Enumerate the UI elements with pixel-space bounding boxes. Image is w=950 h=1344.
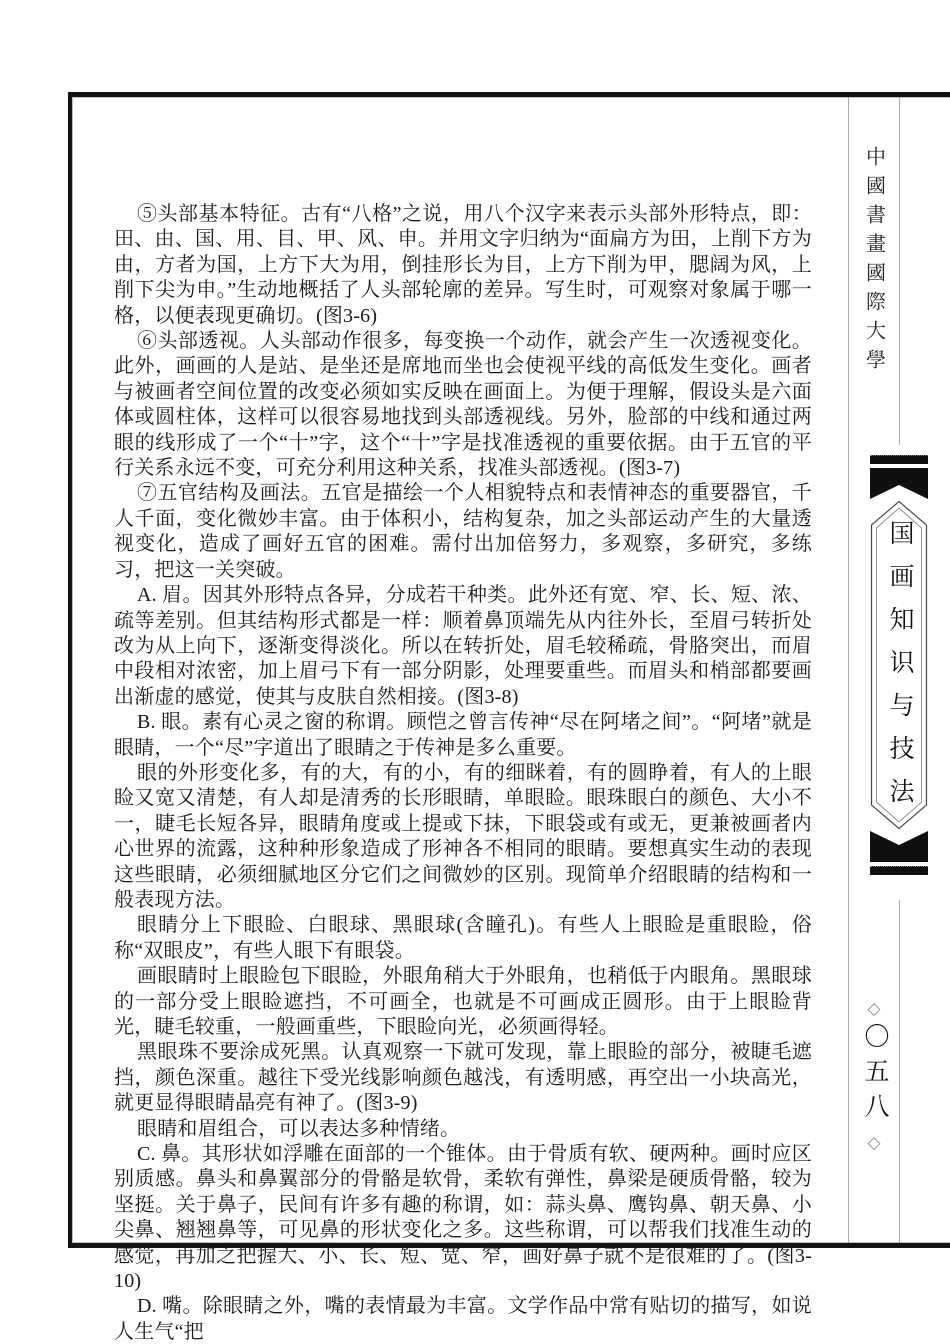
banner-bottom-ribbon	[870, 831, 928, 862]
banner-hexagon: 国画知识与技法	[870, 500, 928, 830]
sidebar-divider-line	[899, 900, 900, 1243]
diamond-ornament-icon: ◇	[867, 1134, 880, 1151]
body-paragraph: ⑤头部基本特征。古有“八格”之说，用八个汉字来表示头部外形特点，即：田、由、国、…	[114, 202, 812, 329]
body-paragraph: A. 眉。因其外形特点各异，分成若干种类。此外还有宽、窄、长、短、浓、疏等差别。…	[114, 583, 812, 710]
body-paragraph: 黑眼珠不要涂成死黑。认真观察一下就可发现，靠上眼睑的部分，被睫毛遮挡，颜色深重。…	[114, 1040, 812, 1116]
page-number-block: ◇ 〇五八 ◇	[849, 1000, 899, 1151]
body-paragraph: 画眼睛时上眼睑包下眼睑，外眼角稍大于外眼角，也稍低于内眼角。黑眼球的一部分受上眼…	[114, 964, 812, 1040]
diamond-ornament-icon: ◇	[867, 1000, 880, 1017]
body-paragraph: 眼睛和眉组合，可以表达多种情绪。	[114, 1117, 812, 1142]
body-paragraph: B. 眼。素有心灵之窗的称谓。顾恺之曾言传神“尽在阿堵之间”。“阿堵”就是眼睛，…	[114, 710, 812, 761]
body-paragraph: 眼的外形变化多，有的大，有的小，有的细眯着，有的圆睁着，有人的上眼睑又宽又清楚，…	[114, 761, 812, 913]
body-paragraph: ⑦五官结构及画法。五官是描绘一个人相貌特点和表情神态的重要器官，千人千面，变化微…	[114, 481, 812, 583]
banner-bottom-thin-bar	[870, 866, 928, 875]
body-paragraph: 眼睛分上下眼睑、白眼球、黑眼球(含瞳孔)。有些人上眼睑是重眼睑，俗称“双眼皮”，…	[114, 913, 812, 964]
section-banner: 国画知识与技法	[870, 455, 928, 875]
page-number: 〇五八	[856, 1023, 892, 1128]
banner-top-thin-bar	[870, 455, 928, 464]
banner-top-ribbon	[870, 468, 928, 499]
main-text-block: ⑤头部基本特征。古有“八格”之说，用八个汉字来表示头部外形特点，即：田、由、国、…	[114, 202, 812, 1344]
body-paragraph: C. 鼻。其形状如浮雕在面部的一个锥体。由于骨质有软、硬两种。画时应区别质感。鼻…	[114, 1142, 812, 1294]
edition-title-text: 中國書畫國際大學	[860, 146, 889, 386]
sidebar-divider-line	[899, 97, 900, 445]
edition-title-vertical: 中國書畫國際大學	[849, 146, 899, 386]
section-banner-title: 国画知识与技法	[881, 520, 917, 830]
body-paragraph: D. 嘴。除眼睛之外，嘴的表情最为丰富。文学作品中常有贴切的描写，如说人生气“把	[114, 1294, 812, 1344]
body-paragraph: ⑥头部透视。人头部动作很多，每变换一个动作，就会产生一次透视变化。此外，画画的人…	[114, 329, 812, 481]
